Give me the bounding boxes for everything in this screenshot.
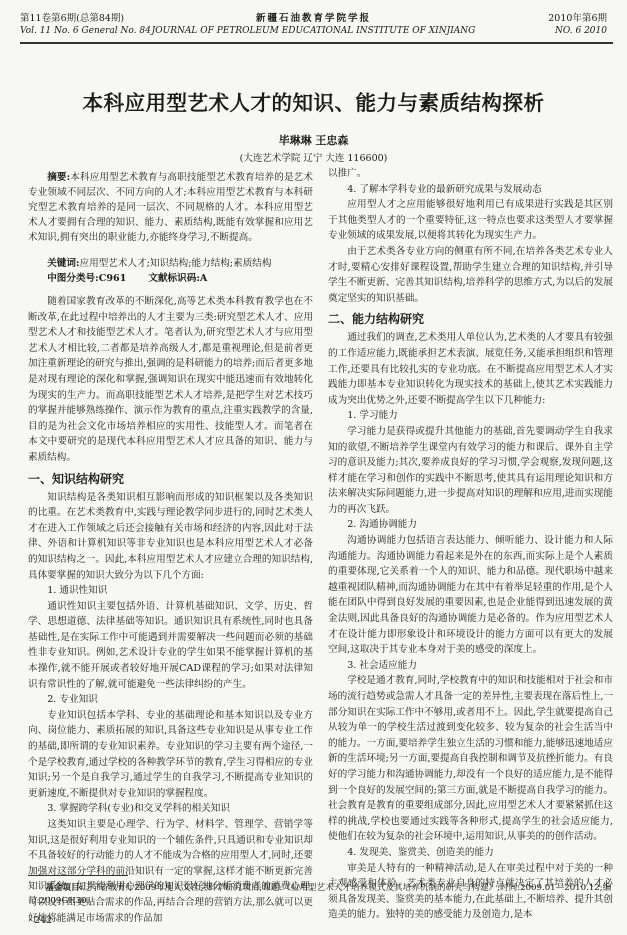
funding-label: 基金项目: xyxy=(45,883,83,893)
keywords-text: 应用型艺术人才;知识结构;能力结构;素质结构 xyxy=(80,258,272,269)
journal-name-cn: 新疆石油教育学院学报 xyxy=(20,12,607,25)
ability-intro: 通过我们的调查,艺术类用人单位认为,艺术类的人才要具有较强的工作适应能力,既能承… xyxy=(328,330,613,408)
header-center: 新疆石油教育学院学报 JOURNAL OF PETROLEUM EDUCATIO… xyxy=(20,12,607,38)
abstract-text: 本科应用型艺术教育与高职技能型艺术教育培养的是艺术专业领域不同层次、不同方向的人… xyxy=(28,172,313,243)
subheading-learning-ability: 1. 学习能力 xyxy=(328,408,613,424)
article-title: 本科应用型艺术人才的知识、能力与素质结构探析 xyxy=(0,86,627,116)
doc-code-value: A xyxy=(200,273,207,284)
subheading-aesthetic-ability: 4. 发现美、鉴赏美、创造美的能力 xyxy=(328,845,613,861)
clc-number: 中图分类号:C961 xyxy=(47,273,126,284)
header-rule xyxy=(20,42,613,44)
clc-value: C961 xyxy=(99,273,127,284)
research-trends-text-2: 由于艺术类各专业方向的侧重有所不同,在培养各类艺术专业人才时,要精心安排好课程设… xyxy=(328,244,613,306)
communication-ability-text: 沟通协调能力包括语言表达能力、倾听能力、设计能力和人际沟通能力。沟通协调能力看起… xyxy=(328,533,613,658)
subheading-general-knowledge: 1. 通识性知识 xyxy=(28,583,313,599)
section-heading-knowledge: 一、知识结构研究 xyxy=(28,470,313,488)
right-column: 以推广。 4. 了解本学科专业的最新研究成果与发展动态 应用型人才之应用能够很好… xyxy=(328,166,613,923)
subheading-research-trends: 4. 了解本学科专业的最新研究成果与发展动态 xyxy=(328,182,613,198)
issue-cn: 2010年第6期 xyxy=(548,12,607,25)
abstract-label: 摘要: xyxy=(47,172,70,183)
subheading-interdisciplinary: 3. 掌握跨学科(专业)和交叉学科的相关知识 xyxy=(28,801,313,817)
subheading-social-adaptability: 3. 社会适应能力 xyxy=(328,658,613,674)
subheading-professional-knowledge: 2. 专业知识 xyxy=(28,692,313,708)
header-right: 2010年第6期 NO. 6 2010 xyxy=(548,12,607,38)
classification: 中图分类号:C961文献标识码:A xyxy=(28,272,313,286)
keywords: 关键词:应用型艺术人才;知识结构;能力结构;素质结构 xyxy=(28,257,313,271)
journal-name-en: JOURNAL OF PETROLEUM EDUCATIONAL INSTITU… xyxy=(20,25,607,38)
running-header: 第11卷第6期(总第84期) Vol. 11 No. 6 General No.… xyxy=(20,12,607,42)
article-affiliation: (大连艺术学院 辽宁 大连 116600) xyxy=(0,150,627,164)
keywords-label: 关键词: xyxy=(47,258,79,269)
section-heading-ability: 二、能力结构研究 xyxy=(328,310,613,328)
article-authors: 毕琳琳 王忠森 xyxy=(0,132,627,148)
funding-footnote: 基金项目:辽宁省教育厅2009年度人文社会科学研究项目;课题:《应用型艺术人才培… xyxy=(28,882,613,908)
journal-page: 第11卷第6期(总第84期) Vol. 11 No. 6 General No.… xyxy=(0,0,627,935)
doc-code-label: 文献标识码: xyxy=(148,273,200,284)
subheading-communication-ability: 2. 沟通协调能力 xyxy=(328,517,613,533)
footnote-rule xyxy=(28,875,128,876)
knowledge-intro: 知识结构是各类知识相互影响而形成的知识框架以及各类知识的比重。在艺术类教育中,实… xyxy=(28,490,313,584)
interdisciplinary-text: 这类知识主要是心理学、行为学、材料学、管理学、营销学等知识,这是很好利用专业知识… xyxy=(28,817,313,926)
clc-label: 中图分类号: xyxy=(47,273,99,284)
intro-paragraph: 随着国家教育改革的不断深化,高等艺术类本科教育教学也在不断改革,在此过程中培养出… xyxy=(28,294,313,466)
social-adaptability-text: 学校是通才教育,同时,学校教育中的知识和技能相对于社会和市场的流行趋势或急需人才… xyxy=(328,673,613,845)
research-trends-text-1: 应用型人才之应用能够很好地利用已有成果进行实践是其区别于其他类型人才的一个重要特… xyxy=(328,197,613,244)
abstract: 摘要:本科应用型艺术教育与高职技能型艺术教育培养的是艺术专业领域不同层次、不同方… xyxy=(28,170,313,245)
funding-text: 辽宁省教育厅2009年度人文社会科学研究项目;课题:《应用型艺术人才培养模式及其… xyxy=(28,883,611,906)
general-knowledge-text: 通识性知识主要包括外语、计算机基础知识、文学、历史、哲学、思想道德、法律基础等知… xyxy=(28,599,313,693)
doc-code: 文献标识码:A xyxy=(148,273,207,284)
professional-knowledge-text: 专业知识包括本学科、专业的基础理论和基本知识以及专业方向、岗位能力、素质拓展的知… xyxy=(28,708,313,802)
page-number: · 242 · xyxy=(28,915,58,926)
learning-ability-text: 学习能力是获得或提升其他能力的基础,首先要调动学生自我求知的欲望,不断培养学生课… xyxy=(328,424,613,518)
left-column: 随着国家教育改革的不断深化,高等艺术类本科教育教学也在不断改革,在此过程中培养出… xyxy=(28,294,313,926)
issue-en: NO. 6 2010 xyxy=(548,25,607,38)
continued-text: 以推广。 xyxy=(328,166,613,182)
